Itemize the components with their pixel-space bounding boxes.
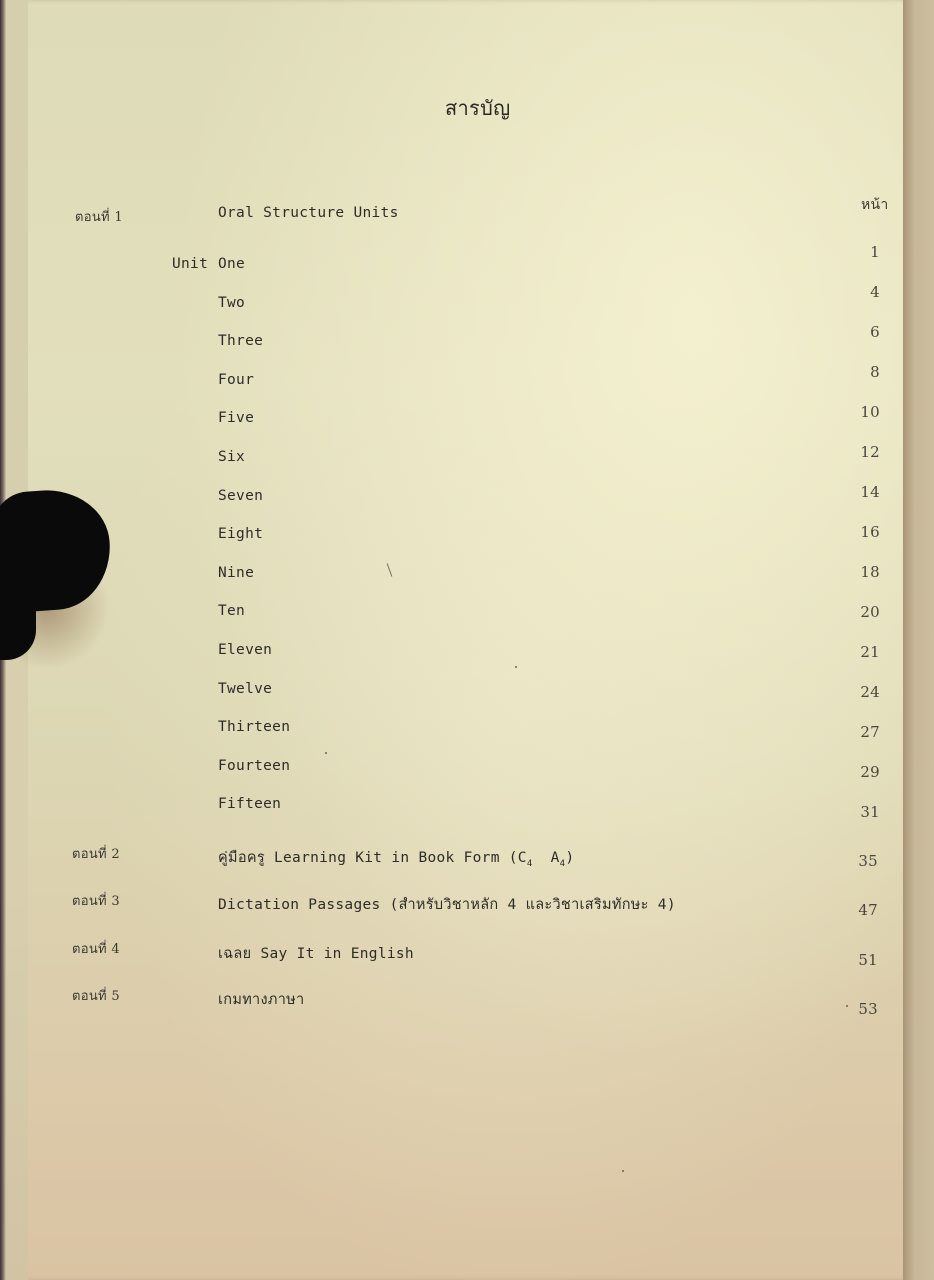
unit-name: Fourteen [218, 758, 290, 774]
unit-page-number: 10 [840, 403, 880, 421]
section-2-title: คู่มือครู Learning Kit in Book Form (C4 … [218, 846, 574, 869]
paper-speck [622, 1170, 624, 1172]
unit-page-number: 31 [840, 803, 880, 821]
unit-name: Fifteen [218, 796, 281, 812]
section-5-title: เกมทางภาษา [218, 988, 304, 1011]
page-column-header: หน้า [861, 194, 889, 216]
unit-name: One [218, 256, 245, 272]
unit-name: Eight [218, 526, 263, 542]
unit-name: Three [218, 333, 263, 349]
unit-page-number: 24 [840, 683, 880, 701]
section-5-label: ตอนที่ 5 [72, 985, 120, 1006]
section-3-title: Dictation Passages (สำหรับวิชาหลัก 4 และ… [218, 893, 676, 916]
unit-prefix: Unit [172, 256, 208, 272]
section-4-title: เฉลย Say It in English [218, 942, 414, 965]
section-1-label: ตอนที่ 1 [75, 206, 123, 227]
unit-page-number: 21 [840, 643, 880, 661]
section-2-title-end: ) [565, 850, 574, 866]
section-3-page: 47 [838, 901, 878, 919]
unit-page-number: 8 [840, 363, 880, 381]
section-2-subscript-a: 4 [560, 859, 566, 869]
unit-page-number: 18 [840, 563, 880, 581]
sheet-edge-shadow [903, 0, 915, 1280]
unit-page-number: 4 [840, 283, 880, 301]
section-5-page: 53 [838, 1000, 878, 1018]
unit-name: Twelve [218, 681, 272, 697]
section-4-label: ตอนที่ 4 [72, 938, 120, 959]
section-2-title-mid: A [533, 850, 560, 866]
section-2-subscript-c: 4 [527, 859, 533, 869]
unit-name: Six [218, 449, 245, 465]
unit-page-number: 6 [840, 323, 880, 341]
unit-page-number: 20 [840, 603, 880, 621]
unit-page-number: 14 [840, 483, 880, 501]
unit-page-number: 27 [840, 723, 880, 741]
paper-speck [846, 1005, 848, 1007]
paper-speck [325, 752, 327, 754]
unit-name: Five [218, 410, 254, 426]
section-1-title: Oral Structure Units [218, 205, 399, 221]
unit-page-number: 12 [840, 443, 880, 461]
section-2-label: ตอนที่ 2 [72, 843, 120, 864]
unit-name: Ten [218, 603, 245, 619]
document-sheet [28, 0, 914, 1280]
section-3-label: ตอนที่ 3 [72, 890, 120, 911]
section-4-page: 51 [838, 951, 878, 969]
unit-name: Eleven [218, 642, 272, 658]
paper-speck [515, 666, 517, 668]
section-2-page: 35 [838, 852, 878, 870]
unit-name: Two [218, 295, 245, 311]
unit-name: Thirteen [218, 719, 290, 735]
unit-name: Seven [218, 488, 263, 504]
unit-name: Nine [218, 565, 254, 581]
page-title: สารบัญ [445, 92, 510, 124]
unit-page-number: 1 [840, 243, 880, 261]
unit-page-number: 16 [840, 523, 880, 541]
unit-page-number: 29 [840, 763, 880, 781]
section-2-title-main: คู่มือครู Learning Kit in Book Form (C [218, 850, 527, 866]
unit-name: Four [218, 372, 254, 388]
